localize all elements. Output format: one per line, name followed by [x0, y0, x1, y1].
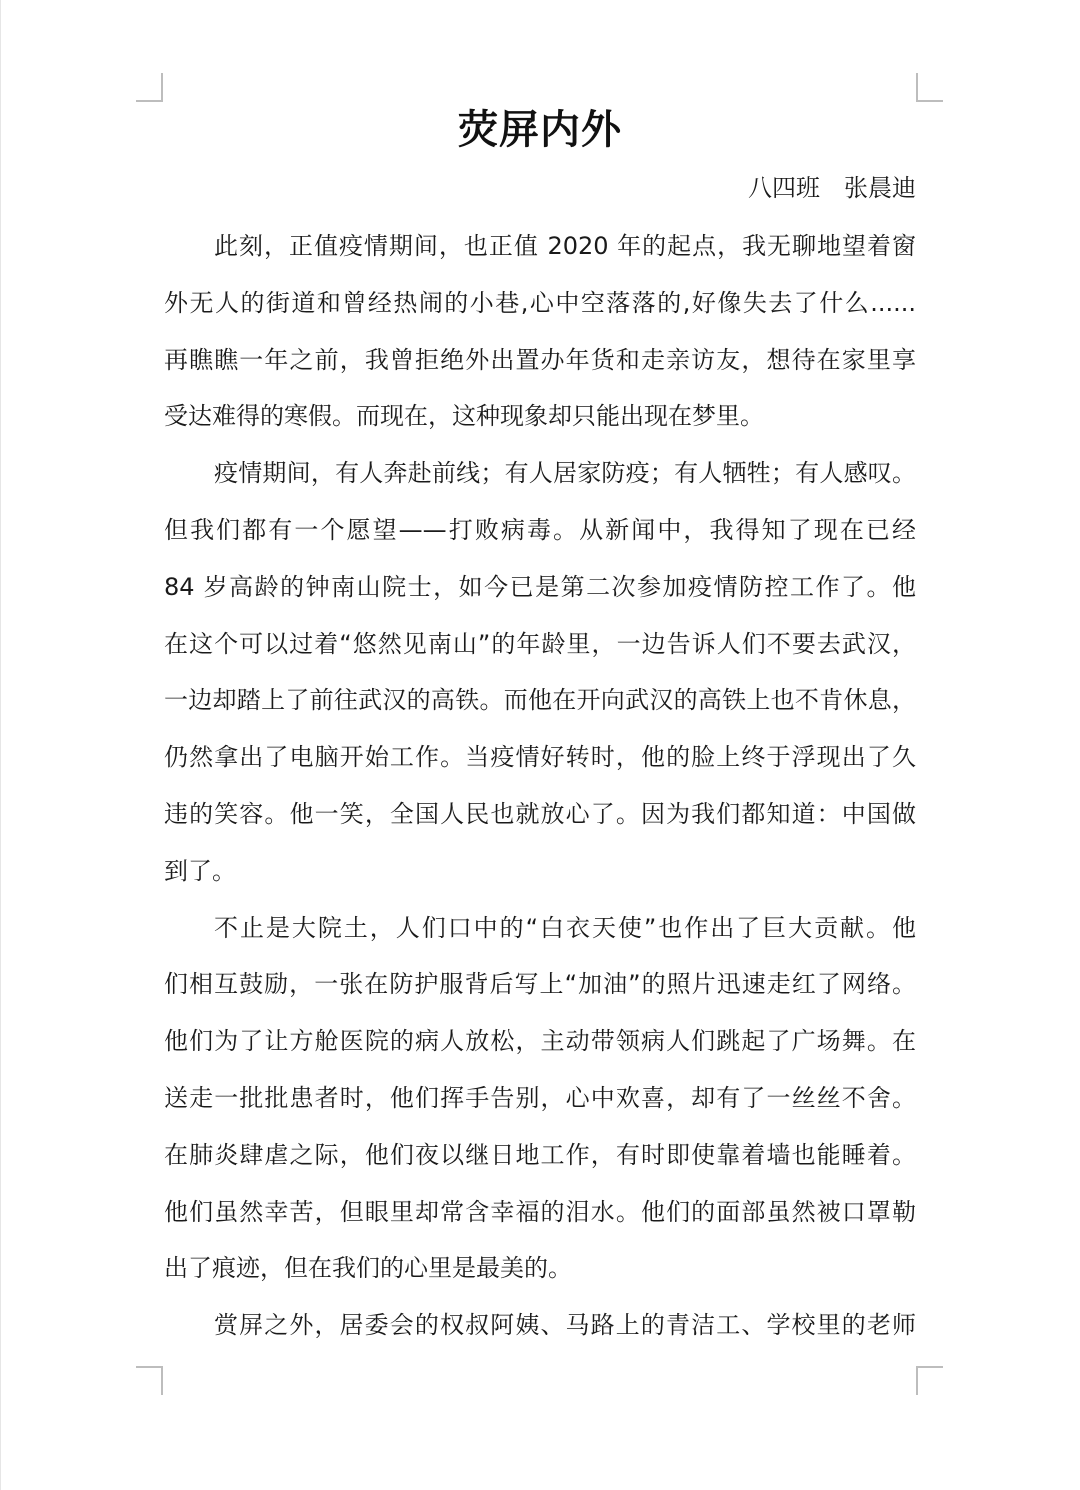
author-byline: 八四班 张晨迪	[748, 170, 916, 206]
text-line: 但我们都有一个愿望——打败病毒。从新闻中，我得知了现在已经	[164, 508, 916, 565]
text-line: 送走一批批患者时，他们挥手告别，心中欢喜，却有了一丝丝不舍。	[164, 1076, 916, 1133]
text-line: 们相互鼓励，一张在防护服背后写上“加油”的照片迅速走红了网络。	[164, 962, 916, 1019]
text-line: 他们虽然幸苦，但眼里却常含幸福的泪水。他们的面部虽然被口罩勒	[164, 1190, 916, 1247]
text-line: 在肺炎肆虐之际，他们夜以继日地工作，有时即使靠着墙也能睡着。	[164, 1133, 916, 1190]
text-line: 疫情期间，有人奔赴前线；有人居家防疫；有人牺牲；有人感叹。	[164, 451, 916, 508]
margin-corner-mark-top-right	[916, 73, 943, 102]
text-line: 外无人的街道和曾经热闹的小巷,心中空落落的,好像失去了什么......	[164, 281, 916, 338]
text-line: 一边却踏上了前往武汉的高铁。而他在开向武汉的高铁上也不肯休息，	[164, 678, 916, 735]
text-line: 出了痕迹，但在我们的心里是最美的。	[164, 1246, 916, 1303]
text-line: 违的笑容。他一笑，全国人民也就放心了。因为我们都知道：中国做	[164, 792, 916, 849]
margin-corner-mark-bottom-right	[916, 1366, 943, 1395]
text-line: 再瞧瞧一年之前，我曾拒绝外出置办年货和走亲访友，想待在家里享	[164, 338, 916, 395]
text-line: 他们为了让方舱医院的病人放松，主动带领病人们跳起了广场舞。在	[164, 1019, 916, 1076]
document-body: 此刻，正值疫情期间，也正值 2020 年的起点，我无聊地望着窗外无人的街道和曾经…	[164, 224, 916, 1360]
margin-corner-mark-bottom-left	[136, 1366, 163, 1395]
page-left-edge	[0, 0, 1, 1490]
text-line: 到了。	[164, 849, 916, 906]
text-line: 赏屏之外，居委会的权叔阿姨、马路上的青洁工、学校里的老师	[164, 1303, 916, 1360]
margin-corner-mark-top-left	[136, 73, 163, 102]
text-line: 不止是大院土，人们口中的“白衣天使”也作出了巨大贡献。他	[164, 906, 916, 963]
text-line: 在这个可以过着“悠然见南山”的年龄里，一边告诉人们不要去武汉，	[164, 622, 916, 679]
text-line: 受达难得的寒假。而现在，这种现象却只能出现在梦里。	[164, 394, 916, 451]
text-line: 此刻，正值疫情期间，也正值 2020 年的起点，我无聊地望着窗	[164, 224, 916, 281]
document-title: 荧屏内外	[0, 104, 1080, 156]
text-line: 84 岁高龄的钟南山院士，如今已是第二次参加疫情防控工作了。他	[164, 565, 916, 622]
text-line: 仍然拿出了电脑开始工作。当疫情好转时，他的脸上终于浮现出了久	[164, 735, 916, 792]
